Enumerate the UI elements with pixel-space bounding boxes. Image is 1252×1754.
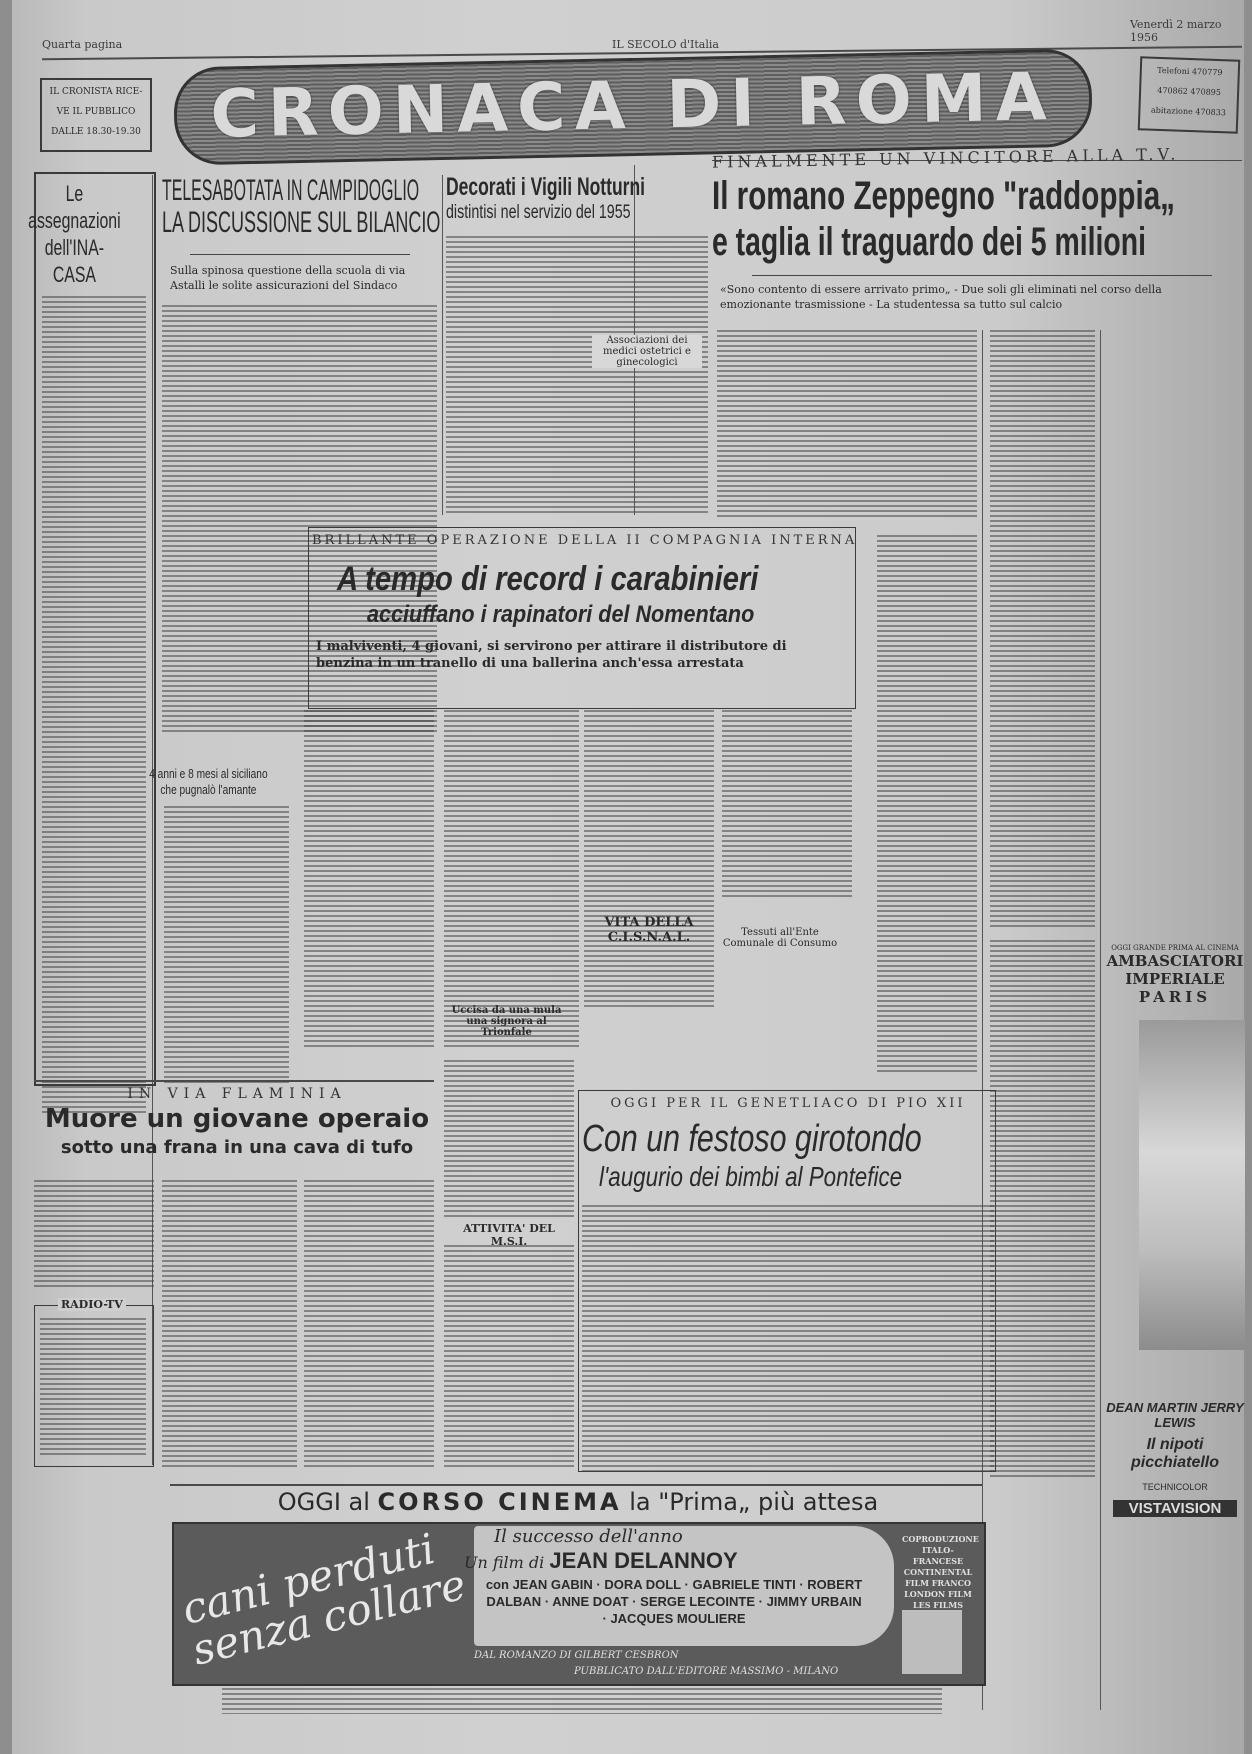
venue-line: PARIS	[1105, 988, 1245, 1006]
carabinieri-body	[722, 710, 852, 900]
flaminia-headline-1: Muore un giovane operaio	[32, 1102, 442, 1136]
carabinieri-body	[584, 710, 714, 1010]
masthead-title: CRONACA DI ROMA	[176, 57, 1089, 153]
carabinieri-article: BRILLANTE OPERAZIONE DELLA II COMPAGNIA …	[312, 533, 852, 672]
cronista-line: DALLE 18.30-19.30	[48, 122, 144, 142]
zeppegno-deck: «Sono contento di essere arrivato primo„…	[712, 282, 1244, 312]
cast-intro: con	[486, 1577, 509, 1592]
cast-member: DORA DOLL	[604, 1577, 681, 1592]
zeppegno-headline-2: e taglia il traguardo dei 5 milioni	[712, 219, 1146, 265]
zeppegno-body-col	[877, 535, 977, 1075]
telephone-box: Telefoni 470779 470862 470895 abitazione…	[1138, 56, 1241, 133]
corso-ad: cani perduti senza collare Il successo d…	[172, 1522, 986, 1686]
carabinieri-body	[304, 710, 434, 1050]
picchiatello-ad: DEAN MARTIN JERRY LEWIS Il nipoti picchi…	[1105, 1400, 1245, 1517]
siciliano-article: 4 anni e 8 mesi al siciliano che pugnalò…	[164, 766, 289, 1086]
carabinieri-headline-2: acciuffano i rapinatori del Nomentano	[367, 600, 754, 630]
publisher-credit: PUBBLICATO DALL'EDITORE MASSIMO - MILANO	[574, 1666, 838, 1677]
flaminia-headline-2: sotto una frana in una cava di tufo	[32, 1136, 442, 1160]
flaminia-rule	[34, 1080, 434, 1082]
radio-tv-label: RADIO-TV	[58, 1298, 126, 1311]
siciliano-body	[164, 806, 289, 1086]
ambasciatori-lead: OGGI GRANDE PRIMA AL CINEMA	[1105, 944, 1245, 952]
zeppegno-body-col	[990, 330, 1095, 930]
film-name: Il nipoti picchiatello	[1105, 1436, 1245, 1472]
pontefice-body	[582, 1205, 994, 1475]
siciliano-headline: 4 anni e 8 mesi al siciliano che pugnalò…	[146, 766, 271, 798]
cast-list: con JEAN GABIN · DORA DOLL · GABRIELE TI…	[484, 1576, 864, 1627]
cast-member: GABRIELE TINTI	[692, 1577, 795, 1592]
cast-member: JIMMY URBAIN	[767, 1594, 862, 1609]
cast-member: SERGE LECOINTE	[640, 1594, 755, 1609]
pontefice-article: OGGI PER IL GENETLIACO DI PIO XII Con un…	[582, 1096, 994, 1475]
corso-tagline: OGGI al CORSO CINEMA la "Prima„ più atte…	[172, 1488, 984, 1516]
msi-body	[444, 1245, 574, 1470]
telephone-line: abitazione 470833	[1144, 100, 1233, 123]
cisnal-headline: VITA DELLA C.I.S.N.A.L.	[584, 915, 714, 945]
pontefice-kicker: OGGI PER IL GENETLIACO DI PIO XII	[582, 1096, 994, 1111]
campidoglio-deck: Sulla spinosa questione della scuola di …	[162, 263, 437, 293]
cast-member: ANNE DOAT	[552, 1594, 628, 1609]
page-number: Quarta pagina	[42, 38, 122, 51]
tagline-part: la "Prima„ più attesa	[629, 1488, 878, 1516]
director-name: JEAN DELANNOY	[549, 1548, 737, 1573]
msi-body	[444, 1060, 574, 1220]
vistavision-badge: VISTAVISION	[1113, 1500, 1237, 1517]
ad-fine-print	[222, 1688, 942, 1714]
mula-headline: Uccisa da una mula una signora al Trionf…	[444, 1005, 569, 1038]
flaminia-kicker: IN VIA FLAMINIA	[32, 1086, 442, 1102]
flaminia-body	[34, 1180, 154, 1290]
vigili-headline: Decorati i Vigili Notturni	[446, 172, 645, 202]
cronista-box: IL CRONISTA RICE- VE IL PUBBLICO DALLE 1…	[40, 78, 152, 152]
zeppegno-article: FINALMENTE UN VINCITORE ALLA T.V. Il rom…	[712, 148, 1244, 312]
vigili-subhead: distintisi nel servizio del 1955	[446, 202, 631, 224]
director-intro: Un film di	[464, 1553, 544, 1572]
newspaper-page: Quarta pagina IL SECOLO d'Italia Venerdì…	[12, 0, 1244, 1754]
venue-line: IMPERIALE	[1105, 970, 1245, 988]
carabinieri-kicker: BRILLANTE OPERAZIONE DELLA II COMPAGNIA …	[312, 533, 852, 548]
zeppegno-body	[717, 330, 977, 520]
cronista-line: IL CRONISTA RICE-	[48, 82, 144, 102]
tagline-part: OGGI al	[278, 1488, 370, 1516]
medici-inset: Associazioni dei medici ostetrici e gine…	[592, 335, 702, 368]
zeppegno-kicker: FINALMENTE UN VINCITORE ALLA T.V.	[712, 143, 1244, 171]
cast-member: JACQUES MOULIERE	[610, 1611, 745, 1626]
venue-line: AMBASCIATORI	[1105, 952, 1245, 970]
ambasciatori-ad: OGGI GRANDE PRIMA AL CINEMA AMBASCIATORI…	[1105, 944, 1245, 1006]
flaminia-body	[304, 1180, 434, 1470]
dog-figure-image	[902, 1610, 962, 1674]
carabinieri-headline-1: A tempo di record i carabinieri	[337, 558, 758, 600]
issue-date: Venerdì 2 marzo 1956	[1130, 18, 1244, 44]
color-process: TECHNICOLOR	[1105, 1482, 1245, 1492]
pontefice-headline-1: Con un festoso girotondo	[582, 1117, 922, 1161]
zeppegno-body-col	[990, 940, 1095, 1480]
corso-cinema-name: CORSO CINEMA	[378, 1488, 622, 1516]
film-title: cani perduti senza collare	[178, 1520, 480, 1672]
pontefice-headline-2: l'augurio dei bimbi al Pontefice	[599, 1161, 902, 1193]
carabinieri-body	[444, 710, 579, 1050]
carabinieri-deck: I malviventi, 4 giovani, si servirono pe…	[312, 630, 852, 672]
flaminia-body	[162, 1180, 297, 1470]
campidoglio-headline-2: LA DISCUSSIONE SUL BILANCIO	[162, 204, 440, 242]
paper-name: IL SECOLO d'Italia	[612, 38, 719, 51]
ina-casa-article: Le assegnazioni dell'INA-CASA	[42, 180, 146, 1116]
zeppegno-headline-1: Il romano Zeppegno "raddoppia„	[712, 173, 1175, 219]
cast-member: JEAN GABIN	[513, 1577, 593, 1592]
cronista-line: VE IL PUBBLICO	[48, 102, 144, 122]
ad-rule	[170, 1484, 982, 1486]
flaminia-article: IN VIA FLAMINIA Muore un giovane operaio…	[32, 1086, 442, 1160]
film-poster-image	[1139, 1020, 1245, 1350]
vigili-body	[446, 236, 708, 516]
column-rule	[442, 175, 443, 515]
ina-casa-body	[42, 296, 146, 1116]
novel-credit: DAL ROMANZO DI GILBERT CESBRON	[474, 1650, 679, 1661]
radio-tv-body	[40, 1318, 146, 1458]
column-rule	[1100, 330, 1101, 1710]
success-line: Il successo dell'anno	[494, 1526, 683, 1547]
stars: DEAN MARTIN JERRY LEWIS	[1105, 1400, 1245, 1430]
ina-casa-headline: Le assegnazioni dell'INA-CASA	[24, 180, 125, 288]
coproduction: COPRODUZIONE ITALO-FRANCESE CONTINENTAL …	[902, 1534, 974, 1622]
tessuti-headline: Tessuti all'Ente Comunale di Consumo	[720, 927, 840, 949]
